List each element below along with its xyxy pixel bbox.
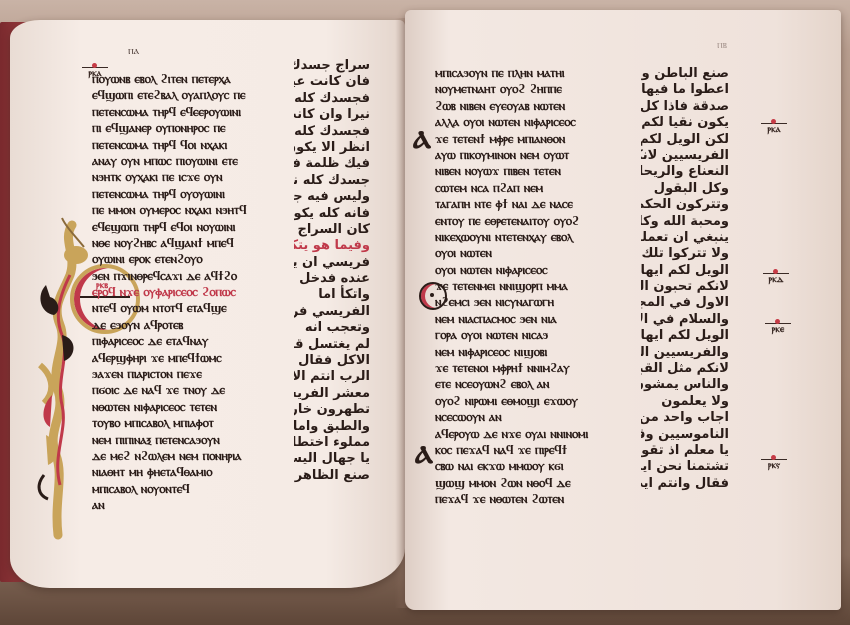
manuscript-line: فانه كله يكون نيرا <box>294 206 370 222</box>
manuscript-line: ⲉϥⲉϣⲱⲡⲓ ⲧⲏⲣϥ ⲉϥⲟⲓ ⲛⲟⲩⲱⲓⲛⲓ <box>92 220 302 236</box>
manuscript-line: واتكأ اما <box>294 287 370 303</box>
manuscript-line: فيك ظلمة فان كان <box>294 156 370 172</box>
manuscript-line: ⲛⲟⲩⲙⲉⲧⲛⲁⲏⲧ ⲟⲩⲟϩ ϩⲏⲡⲡⲉ <box>435 82 645 98</box>
manuscript-line: الناموسيين وقال له <box>641 427 729 443</box>
decorated-initial-omicron <box>419 282 447 310</box>
manuscript-line: الفريسيين لانكم تعشرون <box>641 148 729 164</box>
marker-bar <box>82 67 108 68</box>
manuscript-line: صدقة فاذا كل شيء <box>641 99 729 115</box>
manuscript-line: ⲛϩⲉⲙⲥⲓ ϧⲉⲛ ⲛⲓⲥⲩⲛⲁⲅⲱⲅⲏ <box>435 295 645 311</box>
manuscript-line: فجسدك كله يكون <box>294 91 370 107</box>
manuscript-line: الويل لكم ايها الفريسيين <box>641 263 729 279</box>
manuscript-line: مملوء اختطافا واثما <box>294 435 370 451</box>
manuscript-line: ومحبة الله وكان <box>641 214 729 230</box>
manuscript-line: ⲡⲓⲫⲁⲣⲓⲥⲉⲟⲥ ⲇⲉ ⲉⲧⲁϥⲛⲁⲩ <box>92 334 302 350</box>
manuscript-line: ⲙⲡⲓⲥⲁϧⲟⲩⲛ ⲡⲉ ⲡⲗⲏⲛ ⲙⲁⲧⲏⲓ <box>435 66 645 82</box>
manuscript-line: كان السراج يضيء لك <box>294 222 370 238</box>
manuscript-line: ⲛⲥⲉⲥⲱⲟⲩⲛ ⲁⲛ <box>435 410 645 426</box>
manuscript-line: فقال وانتم ايضا <box>641 476 729 492</box>
manuscript-line: ⲡⲉⲧⲉⲛⲥⲱⲙⲁ ⲧⲏⲣϥ ⲉϥⲉⲉⲣⲟⲩⲱⲓⲛⲓ <box>92 105 302 121</box>
manuscript-line: ⲛⲑⲱⲧⲉⲛ ⲛⲓⲫⲁⲣⲓⲥⲉⲟⲥ ⲧⲉⲧⲉⲛ <box>92 400 302 416</box>
manuscript-line: تشتمنا نحن ايضا <box>641 459 729 475</box>
manuscript-line: والسلام في الاسواق <box>641 312 729 328</box>
manuscript-line: ⲛⲑⲉ ⲛⲟⲩϩⲏⲃⲥ ⲁϥϣⲁⲛϯ ⲙⲡⲉϥ <box>92 236 302 252</box>
margin-marker: ⲣⲕⲇ <box>763 272 789 285</box>
folio-number: ⲡⲁ <box>128 44 139 58</box>
manuscript-line: انظر الا يكون النور الذي <box>294 140 370 156</box>
manuscript-line: ولا تتركوا تلك <box>641 246 729 262</box>
manuscript-line: ⲁⲛ <box>92 498 302 514</box>
manuscript-line: يكون نقيا لكم <box>641 115 729 131</box>
manuscript-line: ϫⲉ ⲧⲉⲧⲉⲛϯ ⲙⲫⲣⲉ ⲙⲡⲓⲁⲛⲑⲟⲛ <box>435 132 645 148</box>
decorated-initial-alpha: ⲁ <box>413 115 431 158</box>
arabic-text-column: صنع الباطن ولكناعطوا ما فيهاصدقة فاذا كل… <box>641 66 729 492</box>
manuscript-line: ϧⲁϫⲉⲛ ⲡⲓⲁⲣⲓⲥⲧⲟⲛ ⲡⲉϫⲉ <box>92 367 302 383</box>
manuscript-line: ⲡⲉⲧⲉⲛⲥⲱⲙⲁ ⲧⲏⲣϥ ϥⲟⲓ ⲛⲭⲁⲕⲓ <box>92 138 302 154</box>
manuscript-line: ⲛⲉⲙ ⲛⲓⲁⲥⲡⲁⲥⲙⲟⲥ ϧⲉⲛ ⲛⲓⲁ <box>435 312 645 328</box>
initial-letter: ⲁ <box>413 115 431 157</box>
manuscript-line: ⲡⲉ ⲙⲙⲟⲛ ⲟⲩⲙⲉⲣⲟⲥ ⲛⲭⲁⲕⲓ ⲛϧⲏⲧϥ <box>92 203 302 219</box>
manuscript-line: ⲡⲓ ⲉϥϣⲁⲛⲉⲣ ⲟⲩⲡⲟⲛⲏⲣⲟⲥ ⲡⲉ <box>92 121 302 137</box>
marker-text: ⲣⲕⲉ <box>772 324 785 335</box>
marker-text: ⲣⲕⲇ <box>768 274 783 285</box>
manuscript-line: وتعجب انه <box>294 320 370 336</box>
manuscript-line: معشر الفريسيين <box>294 386 370 402</box>
manuscript-line: ⲁϥⲉⲣⲟⲩⲱ ⲇⲉ ⲛϫⲉ ⲟⲩⲁⲓ ⲛⲛⲓⲛⲟⲙⲓ <box>435 427 645 443</box>
manuscript-line: ϫⲉ ⲧⲉⲧⲉⲛⲟⲓ ⲙⲫⲣⲏϯ ⲛⲛⲓⲙϩⲁⲩ <box>435 361 645 377</box>
manuscript-line: ⲟⲩⲟⲓ ⲛⲱⲧⲉⲛ <box>435 246 645 262</box>
decorated-initial-alpha-2: ⲁ <box>415 430 433 473</box>
marker-bar <box>765 323 791 324</box>
arabic-text-column: سراج جسدك العينفان كانت عينك بسيطةفجسدك … <box>294 58 370 484</box>
coptic-text-column: ⲡⲟⲩⲱⲛⲃ ⲉⲃⲟⲗ ϩⲓⲧⲉⲛ ⲡⲉⲧⲉⲣⲭⲁⲉϥϣⲱⲡⲓ ⲉⲧⲉϩⲃⲁⲗ … <box>92 72 302 515</box>
manuscript-line: ⲛⲧⲉϥ ⲟⲩⲱⲙ ⲛⲧⲟⲧϥ ⲉⲧⲁϥϣⲉ <box>92 301 302 317</box>
manuscript-line: ⲁⲗⲗⲁ ⲟⲩⲟⲓ ⲛⲱⲧⲉⲛ ⲛⲓⲫⲁⲣⲓⲥⲉⲟⲥ <box>435 115 645 131</box>
manuscript-line: لكن الويل لكم ايها <box>641 132 729 148</box>
manuscript-line: ⲥⲱⲧⲉⲙ ⲛⲥⲁ ⲡϩⲁⲡ ⲛⲉⲙ <box>435 181 645 197</box>
margin-marker: ⲣⲕⲋ <box>761 458 787 471</box>
manuscript-line: ϣⲱϣ ⲙⲙⲟⲛ ϩⲱⲛ ⲛⲑⲟϥ ⲇⲉ <box>435 476 645 492</box>
manuscript-line: ⲛⲓⲕⲉⲭⲱⲟⲩⲛⲓ ⲛⲧⲉⲧⲉⲛⲭⲁⲩ ⲉⲃⲟⲗ <box>435 230 645 246</box>
manuscript-line: ⲇⲉ ⲉϧⲟⲩⲛ ⲁϥⲣⲟⲧⲉⲃ <box>92 318 302 334</box>
manuscript-line: ⲉϥϣⲱⲡⲓ ⲉⲧⲉϩⲃⲁⲗ ⲟⲩⲁⲡⲗⲟⲩⲥ ⲡⲉ <box>92 88 302 104</box>
manuscript-line: ⲉⲧⲉ ⲛⲥⲉⲟⲩⲱⲛϩ ⲉⲃⲟⲗ ⲁⲛ <box>435 377 645 393</box>
manuscript-line: ϫⲉ ⲧⲉⲧⲉⲛⲙⲉⲓ ⲛⲛⲓϣⲟⲣⲡ ⲙⲙⲁ <box>435 279 645 295</box>
manuscript-line: النعناع والريحان <box>641 164 729 180</box>
right-page: ⲡⲃ ⲙⲡⲓⲥⲁϧⲟⲩⲛ ⲡⲉ ⲡⲗⲏⲛ ⲙⲁⲧⲏⲓⲛⲟⲩⲙⲉⲧⲛⲁⲏⲧ ⲟⲩⲟ… <box>405 10 841 610</box>
manuscript-line: وكل البقول <box>641 181 729 197</box>
manuscript-line: اجاب واحد من <box>641 410 729 426</box>
manuscript-line: ولا يعلمون <box>641 394 729 410</box>
manuscript-line: الرب انتم الان <box>294 369 370 385</box>
manuscript-line: عنده فدخل <box>294 271 370 287</box>
initial-dot <box>430 293 434 297</box>
left-page: ⲡⲁ ⲣⲕⲁ ⲣⲕⲃ ⲡⲟⲩⲱⲛⲃ ⲉⲃⲟⲗ ϩⲓⲧⲉⲛ ⲡⲉⲧⲉⲣⲭⲁⲉϥϣⲱ… <box>10 20 405 588</box>
margin-marker: ⲣⲕⲉ <box>765 322 791 335</box>
manuscript-line: ⲡⲉϫⲁϥ ϫⲉ ⲛⲑⲱⲧⲉⲛ ϩⲱⲧⲉⲛ <box>435 492 645 508</box>
manuscript-line: وفيما هو يتكلم سأله <box>294 238 370 254</box>
manuscript-line: ⲕⲟⲥ ⲡⲉϫⲁϥ ⲛⲁϥ ϫⲉ ⲡⲓⲣⲉϥϯ <box>435 443 645 459</box>
manuscript-line: وليس فيه جزء مظلم <box>294 189 370 205</box>
initial-letter: ⲁ <box>415 430 433 472</box>
manuscript-line: ⲟⲩⲱⲓⲛⲓ ⲉⲣⲟⲕ ⲉⲧⲉⲛϩⲟⲩⲟ <box>92 252 302 268</box>
marker-bar <box>761 459 787 460</box>
manuscript-line: ϧⲉⲛ ⲡϫⲓⲛⲑⲣⲉϥⲥⲁϫⲓ ⲇⲉ ⲁϥϯϩⲟ <box>92 269 302 285</box>
manuscript-line: فان كانت عينك بسيطة <box>294 74 370 90</box>
manuscript-line: ⲁⲩⲱ ⲡⲓⲕⲟⲩⲙⲓⲛⲟⲛ ⲛⲉⲙ ⲟⲩⲱⲧ <box>435 148 645 164</box>
manuscript-line: ⲛⲉⲙ ⲛⲓⲫⲁⲣⲓⲥⲉⲟⲥ ⲛⲓϣⲟⲃⲓ <box>435 345 645 361</box>
manuscript-line: يا جهال اليس الذي <box>294 451 370 467</box>
manuscript-line: ينبغي ان تعملوا هذه <box>641 230 729 246</box>
marker-text: ⲣⲕⲋ <box>768 460 780 471</box>
marker-bar <box>763 273 789 274</box>
manuscript-line: لانكم مثل القبور المخفية <box>641 361 729 377</box>
manuscript-line: ⲟⲩⲟϩ ⲛⲓⲣⲱⲙⲓ ⲉⲑⲙⲟϣⲓ ⲉϫⲱⲟⲩ <box>435 394 645 410</box>
manuscript-line: ⲁⲛⲁⲩ ⲟⲩⲛ ⲙⲡⲱⲥ ⲡⲓⲟⲩⲱⲓⲛⲓ ⲉⲧⲉ <box>92 154 302 170</box>
manuscript-line: ⲛⲓⲁⲑⲏⲧ ⲙⲏ ⲫⲏⲉⲧⲁϥⲑⲁⲙⲓⲟ <box>92 465 302 481</box>
manuscript-line: ⲛⲓⲃⲉⲛ ⲛⲟⲩⲱϫ ⲡⲓⲃⲉⲛ ⲧⲉⲧⲉⲛ <box>435 164 645 180</box>
manuscript-line: ⲥⲃⲱ ⲛⲁⲓ ⲉⲕϫⲱ ⲙⲙⲱⲟⲩ ⲕϭⲓ <box>435 459 645 475</box>
manuscript-line: لانكم تحبون المتكأ <box>641 279 729 295</box>
manuscript-line: لم يغتسل قبل <box>294 337 370 353</box>
manuscript-line: ⲧⲁⲅⲁⲡⲏ ⲛⲧⲉ ⲫϯ ⲛⲁⲓ ⲇⲉ ⲛⲁⲥⲉ <box>435 197 645 213</box>
manuscript-line: صنع الظاهر هو ايضا <box>294 468 370 484</box>
manuscript-line: نيرا وان كانت شريرة <box>294 107 370 123</box>
folio-number: ⲡⲃ <box>717 38 727 52</box>
manuscript-line: الاكل فقال له <box>294 353 370 369</box>
manuscript-line: ⲡⲉⲧⲉⲛⲥⲱⲙⲁ ⲧⲏⲣϥ ⲟⲩⲟⲩⲱⲓⲛⲓ <box>92 187 302 203</box>
manuscript-line: الفريسي فرأى <box>294 304 370 320</box>
marker-text: ⲣⲕⲁ <box>767 124 780 135</box>
manuscript-line: ⲡϭⲟⲓⲥ ⲇⲉ ⲛⲁϥ ϫⲉ ⲧⲛⲟⲩ ⲇⲉ <box>92 383 302 399</box>
manuscript-line: تطهرون خارج الكاس <box>294 402 370 418</box>
manuscript-line: ⲅⲟⲣⲁ ⲟⲩⲟⲓ ⲛⲱⲧⲉⲛ ⲛⲓⲥⲁϧ <box>435 328 645 344</box>
manuscript-line: ⲧⲟⲩⲃⲟ ⲙⲡⲓⲥⲁⲃⲟⲗ ⲙⲡⲓⲁⲫⲟⲧ <box>92 416 302 432</box>
manuscript-line: ⲉⲣⲟϥ ⲛϫⲉ ⲟⲩⲫⲁⲣⲓⲥⲉⲟⲥ ϩⲟⲡⲱⲥ <box>92 285 302 301</box>
manuscript-line: والناس يمشون عليها <box>641 377 729 393</box>
margin-marker: ⲣⲕⲁ <box>761 122 787 135</box>
manuscript-line: والفريسيين المرائين <box>641 345 729 361</box>
manuscript-line: صنع الباطن ولكن <box>641 66 729 82</box>
manuscript-line: الاول في المجامع <box>641 295 729 311</box>
manuscript-line: اعطوا ما فيها <box>641 82 729 98</box>
manuscript-line: وتتركون الحكم <box>641 197 729 213</box>
manuscript-line: ⲟⲩⲟⲓ ⲛⲱⲧⲉⲛ ⲛⲓⲫⲁⲣⲓⲥⲉⲟⲥ <box>435 263 645 279</box>
manuscript-line: والطبق واما باطنكم <box>294 419 370 435</box>
manuscript-line: ⲁϥⲉⲣϣⲫⲏⲣⲓ ϫⲉ ⲙⲡⲉϥϯⲱⲙⲥ <box>92 351 302 367</box>
manuscript-line: فريسي ان يأكل <box>294 255 370 271</box>
manuscript-line: ⲇⲉ ⲙⲉϩ ⲛϩⲱⲗⲉⲙ ⲛⲉⲙ ⲡⲟⲛⲏⲣⲓⲁ <box>92 449 302 465</box>
manuscript-line: ⲙⲡⲓⲥⲁⲃⲟⲗ ⲛⲟⲩⲟⲛⲧⲉϥ <box>92 482 302 498</box>
manuscript-line: جسدك كله نيرا <box>294 173 370 189</box>
manuscript-line: فجسدك كله يكون مظلما <box>294 124 370 140</box>
manuscript-line: ⲛϧⲏⲧⲕ ⲟⲩⲭⲁⲕⲓ ⲡⲉ ⲓⲥϫⲉ ⲟⲩⲛ <box>92 170 302 186</box>
manuscript-line: ⲉⲛⲧⲟⲩ ⲡⲉ ⲉⲑⲣⲉⲧⲉⲛⲁⲓⲧⲟⲩ ⲟⲩⲟϩ <box>435 214 645 230</box>
manuscript-line: ⲡⲟⲩⲱⲛⲃ ⲉⲃⲟⲗ ϩⲓⲧⲉⲛ ⲡⲉⲧⲉⲣⲭⲁ <box>92 72 302 88</box>
coptic-text-column: ⲙⲡⲓⲥⲁϧⲟⲩⲛ ⲡⲉ ⲡⲗⲏⲛ ⲙⲁⲧⲏⲓⲛⲟⲩⲙⲉⲧⲛⲁⲏⲧ ⲟⲩⲟϩ ϩ… <box>435 66 645 509</box>
manuscript-line: الويل لكم ايها الكتبة <box>641 328 729 344</box>
marker-bar <box>761 123 787 124</box>
manuscript-line: يا معلم اذ تقول هذا <box>641 443 729 459</box>
manuscript-line: سراج جسدك العين <box>294 58 370 74</box>
manuscript-line: ⲛⲉⲙ ⲡⲓⲡⲓⲛⲁⲝ ⲡⲉⲧⲉⲛⲥⲁϧⲟⲩⲛ <box>92 433 302 449</box>
manuscript-line: ϩⲱⲃ ⲛⲓⲃⲉⲛ ⲉⲩⲉⲟⲩⲁⲃ ⲛⲱⲧⲉⲛ <box>435 99 645 115</box>
